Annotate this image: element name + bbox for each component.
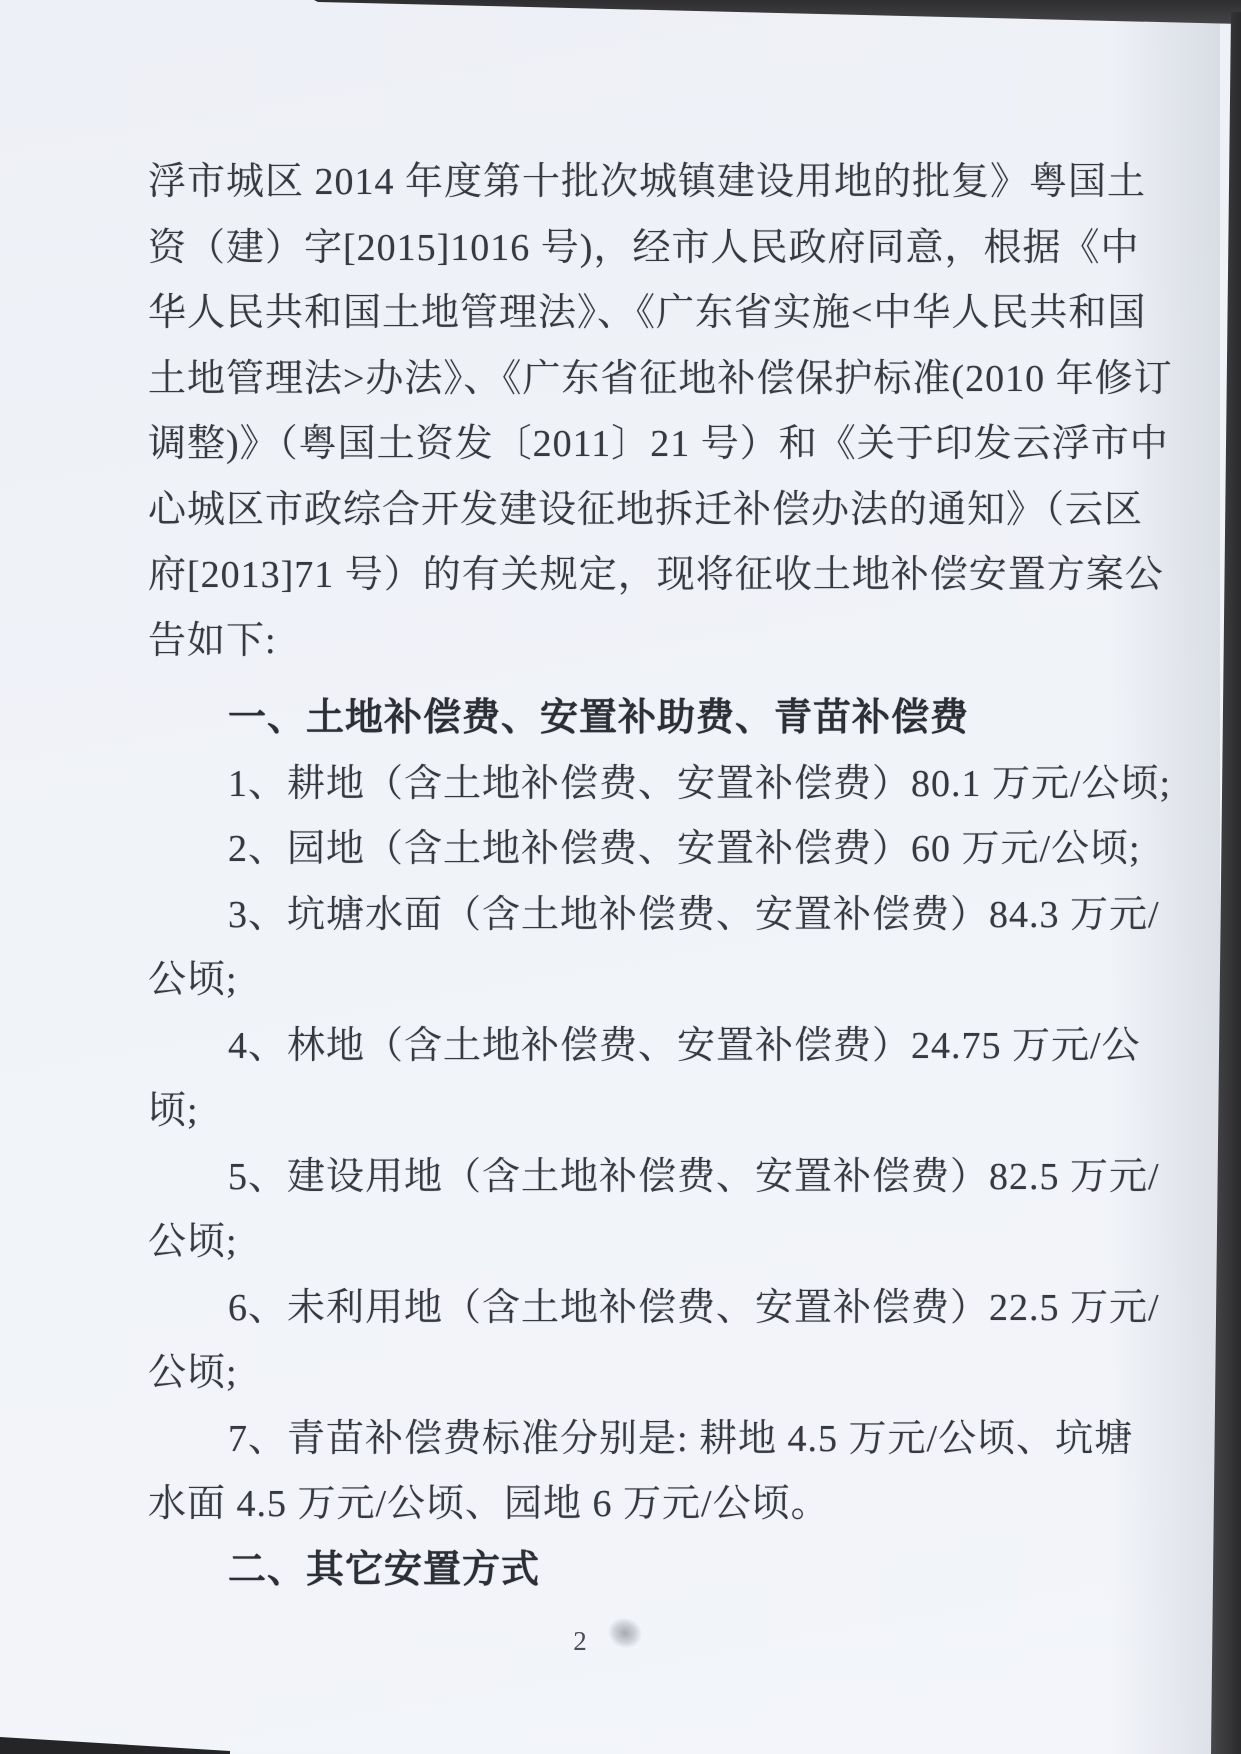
text-line: 华人民共和国土地管理法》、《广东省实施<中华人民共和国 (148, 281, 1158, 347)
text-line: 公顷; (148, 1341, 1158, 1407)
text-line: 心城区市政综合开发建设征地拆迁补偿办法的通知》（云区 (148, 478, 1158, 544)
text-line: 顷; (148, 1079, 1158, 1145)
text-line: 2、园地（含土地补偿费、安置补偿费）60 万元/公顷; (148, 817, 1158, 883)
document-body: 浮市城区 2014 年度第十批次城镇建设用地的批复》粤国土资（建）字[2015]… (148, 150, 1158, 1603)
paper-sheet: 浮市城区 2014 年度第十批次城镇建设用地的批复》粤国土资（建）字[2015]… (0, 0, 1241, 1754)
text-line: 资（建）字[2015]1016 号)，经市人民政府同意，根据《中 (148, 216, 1158, 282)
heading-line: 一、土地补偿费、安置补助费、青苗补偿费 (148, 686, 1158, 752)
ink-smudge (604, 1613, 646, 1652)
text-line: 告如下: (148, 609, 1158, 675)
text-line: 调整)》（粤国土资发〔2011〕21 号）和《关于印发云浮市中 (148, 412, 1158, 478)
text-line: 4、林地（含土地补偿费、安置补偿费）24.75 万元/公 (148, 1014, 1158, 1080)
text-line: 1、耕地（含土地补偿费、安置补偿费）80.1 万元/公顷; (148, 752, 1158, 818)
text-line: 公顷; (148, 948, 1158, 1014)
text-line: 5、建设用地（含土地补偿费、安置补偿费）82.5 万元/ (148, 1145, 1158, 1211)
text-line: 6、未利用地（含土地补偿费、安置补偿费）22.5 万元/ (148, 1276, 1158, 1342)
scanned-page: { "page": { "number": "2", "paper_color"… (0, 0, 1241, 1754)
text-line: 土地管理法>办法》、《广东省征地补偿保护标准(2010 年修订 (148, 347, 1158, 413)
text-line: 水面 4.5 万元/公顷、园地 6 万元/公顷。 (148, 1472, 1158, 1538)
text-line: 7、青苗补偿费标准分别是: 耕地 4.5 万元/公顷、坑塘 (148, 1407, 1158, 1473)
heading-line: 二、其它安置方式 (148, 1538, 1158, 1604)
text-line: 浮市城区 2014 年度第十批次城镇建设用地的批复》粤国土 (148, 150, 1158, 216)
text-line: 府[2013]71 号）的有关规定，现将征收土地补偿安置方案公 (148, 543, 1158, 609)
text-line: 公顷; (148, 1210, 1158, 1276)
text-line: 3、坑塘水面（含土地补偿费、安置补偿费）84.3 万元/ (148, 883, 1158, 949)
page-number: 2 (560, 1626, 600, 1657)
